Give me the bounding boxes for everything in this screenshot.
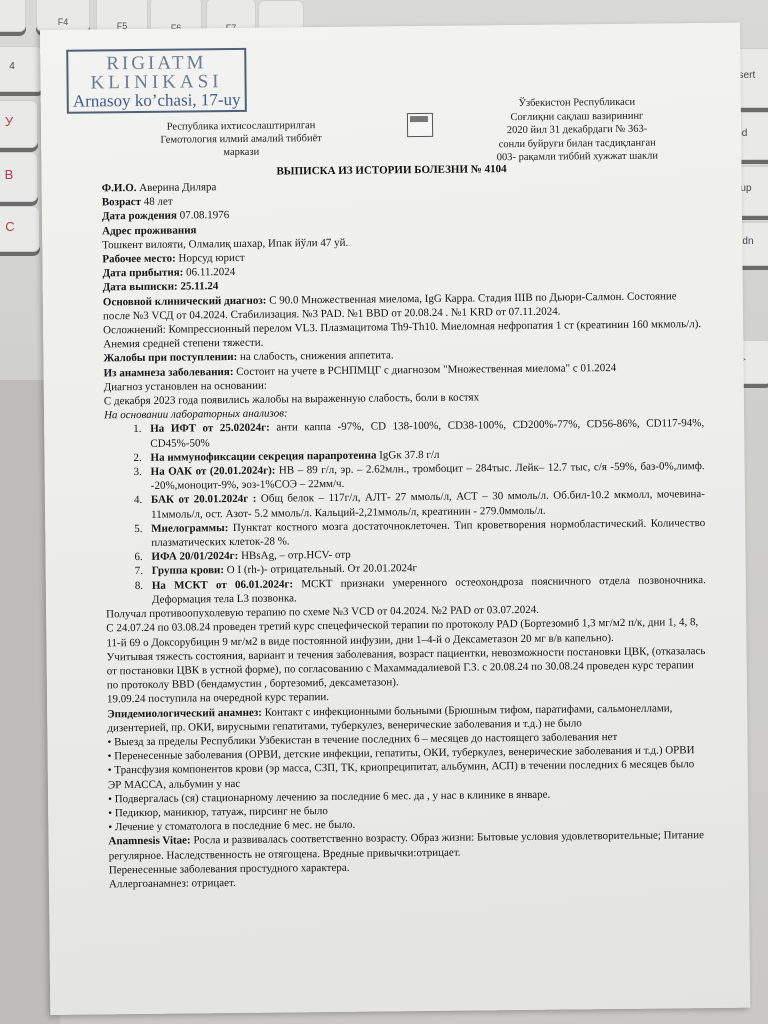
header-right: Ўзбекистон Республикаси Соғлиқни сақлаш … (477, 95, 678, 165)
header-left: Республика ихтисослаштирилган Гемотологи… (141, 119, 341, 160)
key-v: В (0, 152, 38, 202)
clinic-stamp: RIGIATM KLINIKASI Arnasoy ko’chasi, 17-u… (66, 48, 247, 114)
therapy-line: Учитывая тяжесть состояния, вариант и те… (106, 644, 706, 693)
barcode-icon (407, 113, 433, 137)
header-line: маркази (141, 145, 341, 160)
key-4: 4 (0, 46, 44, 92)
header-line: 2020 йил 31 декабрдаги № 363- (477, 122, 677, 138)
document-body: Ф.И.О. Аверина Диляра Возраст 48 лет Дат… (102, 175, 709, 891)
document-page: RIGIATM KLINIKASI Arnasoy ko’chasi, 17-u… (40, 23, 750, 1015)
key (0, 0, 26, 32)
key-s: С (0, 206, 40, 252)
key-u: У (0, 100, 38, 148)
key-f4: F4 (36, 0, 90, 32)
lab-list: На ИФТ от 25.02024г: анти каппа -97%, CD… (104, 417, 706, 608)
stamp-address: Arnasoy ko’chasi, 17-uy (69, 91, 245, 110)
header-line: Гемотология илмий амалий тиббиёт (141, 132, 341, 147)
